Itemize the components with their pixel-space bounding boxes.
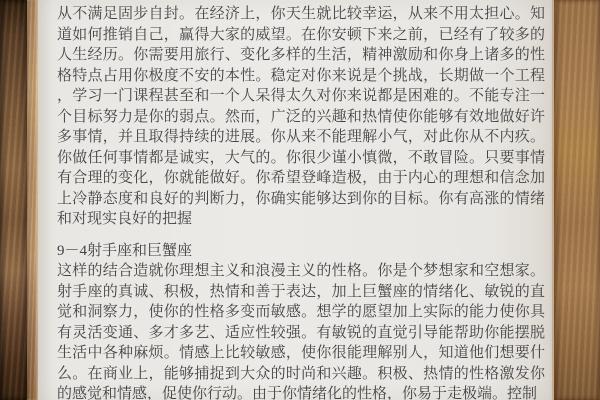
text-line: 你做任何事情都是诚实，大气的。你很少谨小慎微，不敢冒险。只要事情 bbox=[57, 148, 545, 169]
paragraph-sagittarius-traits: 从不满足固步自封。在经济上，你天生就比较幸运，从来不用太担心。知道如何推销自己，… bbox=[57, 4, 545, 230]
text-line: 觉和洞察力，使你的性格多变而敏感。想学的愿望加上实际的能力使你具 bbox=[57, 302, 545, 323]
text-line: ，学习一门课程甚至和一个人呆得太久对你来说都是困难的。不能专注一 bbox=[57, 86, 545, 107]
section-heading: 9－4射手座和巨蟹座 bbox=[57, 241, 545, 262]
text-line: 道如何推销自己，赢得大家的威望。在你安顿下来之前，已经有了较多的 bbox=[57, 25, 545, 46]
wood-background-right bbox=[552, 0, 600, 400]
text-line: 上冷静态度和良好的判断力，你确实能够达到你的目标。你有高涨的情绪 bbox=[57, 189, 545, 210]
wood-plank-light bbox=[27, 0, 38, 400]
text-line: 人生经历。你需要用旅行、变化多样的生活，精神激励和你身上诸多的性 bbox=[57, 45, 545, 66]
ebook-reader-page: 从不满足固步自封。在经济上，你天生就比较幸运，从来不用太担心。知道如何推销自己，… bbox=[0, 0, 600, 400]
text-line: 的感觉和情感，促使你行动。由于你情绪化的性格，你易于走极端。控制 bbox=[57, 384, 545, 400]
text-line: 从不满足固步自封。在经济上，你天生就比较幸运，从来不用太担心。知 bbox=[57, 4, 545, 25]
text-line: 和对现实良好的把握 bbox=[57, 209, 545, 230]
page-text: 从不满足固步自封。在经济上，你天生就比较幸运，从来不用太担心。知道如何推销自己，… bbox=[57, 0, 545, 400]
text-line: 有灵活变通、多才多艺、适应性较强。有敏锐的直觉引导能帮助你能摆脱 bbox=[57, 323, 545, 344]
wood-background-left bbox=[0, 0, 38, 400]
text-line: 有合理的变化，你就能做好。你希望登峰造极，由于内心的理想和信念加 bbox=[57, 168, 545, 189]
text-line: 生活中各种麻烦。情感上比较敏感，使你很能理解别人，知道他们想要什 bbox=[57, 343, 545, 364]
text-line: 格特点占用你极度不安的本性。稳定对你来说是个挑战，长期做一个工程 bbox=[57, 66, 545, 87]
text-line: 射手座的真诚、积极，热情和善于表达，加上巨蟹座的情绪化、敏锐的直 bbox=[57, 282, 545, 303]
page-paper: 从不满足固步自封。在经济上，你天生就比较幸运，从来不用太担心。知道如何推销自己，… bbox=[38, 0, 554, 400]
text-line: 这样的结合造就你理想主义和浪漫主义的性格。你是个梦想家和空想家。 bbox=[57, 261, 545, 282]
text-line: 个目标努力是你的弱点。然而，广泛的兴趣和热情使你能够有效地做好许 bbox=[57, 107, 545, 128]
text-line: 多事情，并且取得持续的进展。你从来不能理解小气，对此你从不内疚。 bbox=[57, 127, 545, 148]
text-line: 么。在商业上，能够捕捉到大众的时尚和兴趣。积极、热情的性格激发你 bbox=[57, 364, 545, 385]
wood-plank-dark bbox=[0, 0, 27, 400]
paragraph-sagittarius-cancer: 这样的结合造就你理想主义和浪漫主义的性格。你是个梦想家和空想家。射手座的真诚、积… bbox=[57, 261, 545, 400]
